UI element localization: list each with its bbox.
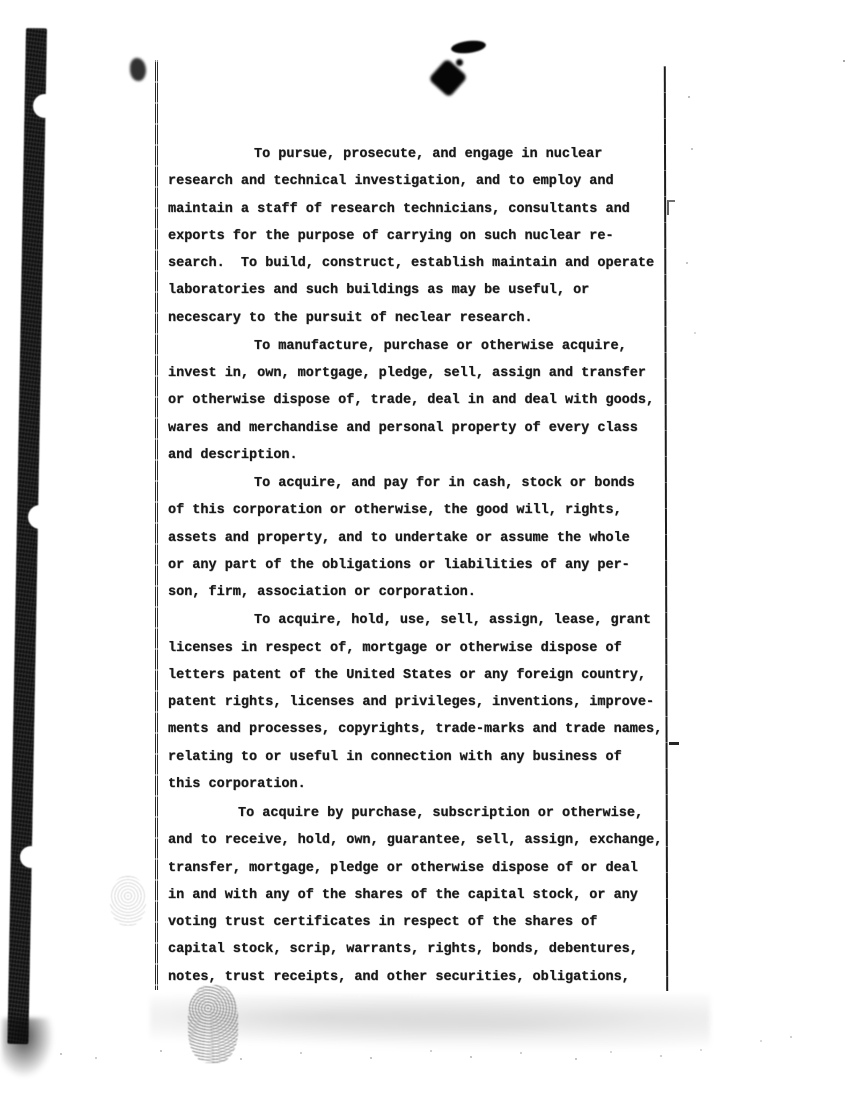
film-edge-notch [33,94,57,118]
paragraph: To pursue, prosecute, and engage in nucl… [168,141,673,332]
text-line: letters patent of the United States or a… [168,662,673,689]
text-line: necescary to the pursuit of neclear rese… [168,305,673,332]
text-line: To acquire, and pay for in cash, stock o… [168,470,673,497]
text-line: or any part of the obligations or liabil… [168,552,673,579]
text-line: ments and processes, copyrights, trade-m… [168,716,673,743]
paragraph: To acquire, and pay for in cash, stock o… [168,470,673,606]
text-line: patent rights, licenses and privileges, … [168,689,673,716]
paragraph: To acquire by purchase, subscription or … [168,800,673,991]
scan-noise-cluster [188,985,238,1063]
document-text: To pursue, prosecute, and engage in nucl… [168,141,673,992]
text-line: invest in, own, mortgage, pledge, sell, … [168,360,673,387]
ink-smudge-top [450,39,486,55]
text-line: son, firm, association or corporation. [168,579,673,606]
ink-smudge-dot [456,59,463,66]
text-line: To acquire, hold, use, sell, assign, lea… [168,607,673,634]
scan-noise-cluster [110,876,146,926]
paragraph: To manufacture, purchase or otherwise ac… [168,333,673,469]
text-line: or otherwise dispose of, trade, deal in … [168,387,673,414]
text-line: this corporation. [168,771,673,798]
film-edge-notch [28,505,52,529]
ink-smudge-left [130,58,146,81]
text-line: To acquire by purchase, subscription or … [168,800,673,827]
scan-specks [0,0,2,2]
text-line: in and with any of the shares of the cap… [168,882,673,909]
text-line: and description. [168,442,673,469]
text-line: notes, trust receipts, and other securit… [168,964,673,991]
scanned-document-page: To pursue, prosecute, and engage in nucl… [0,0,849,1100]
text-line: wares and merchandise and personal prope… [168,415,673,442]
text-line: licenses in respect of, mortgage or othe… [168,635,673,662]
text-line: maintain a staff of research technicians… [168,196,673,223]
film-edge-fade [2,1018,54,1078]
film-edge-notch [20,846,42,868]
text-line: assets and property, and to undertake or… [168,525,673,552]
text-line: of this corporation or otherwise, the go… [168,497,673,524]
text-line: transfer, mortgage, pledge or otherwise … [168,855,673,882]
text-line: To manufacture, purchase or otherwise ac… [168,333,673,360]
text-line: voting trust certificates in respect of … [168,909,673,936]
paragraph: To acquire, hold, use, sell, assign, lea… [168,607,673,798]
text-line: search. To build, construct, establish m… [168,250,673,277]
left-margin-rule [155,60,158,990]
text-line: exports for the purpose of carrying on s… [168,223,673,250]
text-line: research and technical investigation, an… [168,168,673,195]
text-line: To pursue, prosecute, and engage in nucl… [168,141,673,168]
text-line: laboratories and such buildings as may b… [168,277,673,304]
film-edge-artifact [7,28,47,1044]
text-line: and to receive, hold, own, guarantee, se… [168,827,673,854]
text-line: capital stock, scrip, warrants, rights, … [168,936,673,963]
text-line: relating to or useful in connection with… [168,744,673,771]
